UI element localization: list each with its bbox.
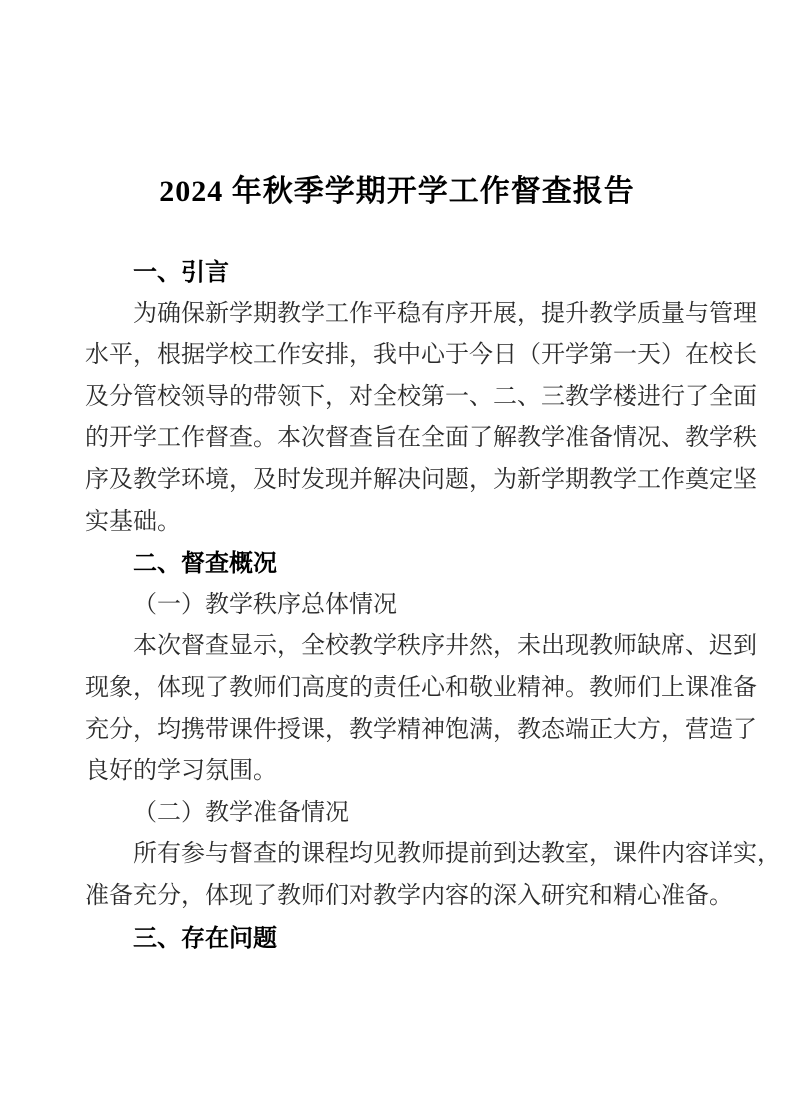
document-title: 2024 年秋季学期开学工作督查报告 [57,168,737,216]
paragraph-line: 为确保新学期教学工作平稳有序开展，提升教学质量与管理 [85,294,765,336]
section-heading: 一、引言 [85,252,765,294]
section-heading: 三、存在问题 [85,918,765,960]
sub-heading: （二）教学准备情况 [85,793,765,835]
paragraph-line: 所有参与督查的课程均见教师提前到达教室，课件内容详实， [85,834,765,876]
paragraph-line: 充分，均携带课件授课，教学精神饱满，教态端正大方，营造了 [85,710,765,752]
section-heading: 二、督查概况 [85,543,765,585]
paragraph-line: 的开学工作督查。本次督查旨在全面了解教学准备情况、教学秩 [85,418,765,460]
paragraph-line: 序及教学环境，及时发现并解决问题，为新学期教学工作奠定坚 [85,460,765,502]
paragraph-line: 准备充分，体现了教师们对教学内容的深入研究和精心准备。 [85,876,765,918]
paragraph-line: 良好的学习氛围。 [85,751,765,793]
paragraph-line: 实基础。 [85,502,765,544]
paragraph-line: 本次督查显示，全校教学秩序井然，未出现教师缺席、迟到 [85,626,765,668]
paragraph-line: 现象，体现了教师们高度的责任心和敬业精神。教师们上课准备 [85,668,765,710]
sub-heading: （一）教学秩序总体情况 [85,585,765,627]
document-body: 一、引言为确保新学期教学工作平稳有序开展，提升教学质量与管理水平，根据学校工作安… [85,252,765,959]
document-page: 2024 年秋季学期开学工作督查报告 一、引言为确保新学期教学工作平稳有序开展，… [0,0,794,1108]
paragraph-line: 及分管校领导的带领下，对全校第一、二、三教学楼进行了全面 [85,377,765,419]
paragraph-line: 水平，根据学校工作安排，我中心于今日（开学第一天）在校长 [85,335,765,377]
